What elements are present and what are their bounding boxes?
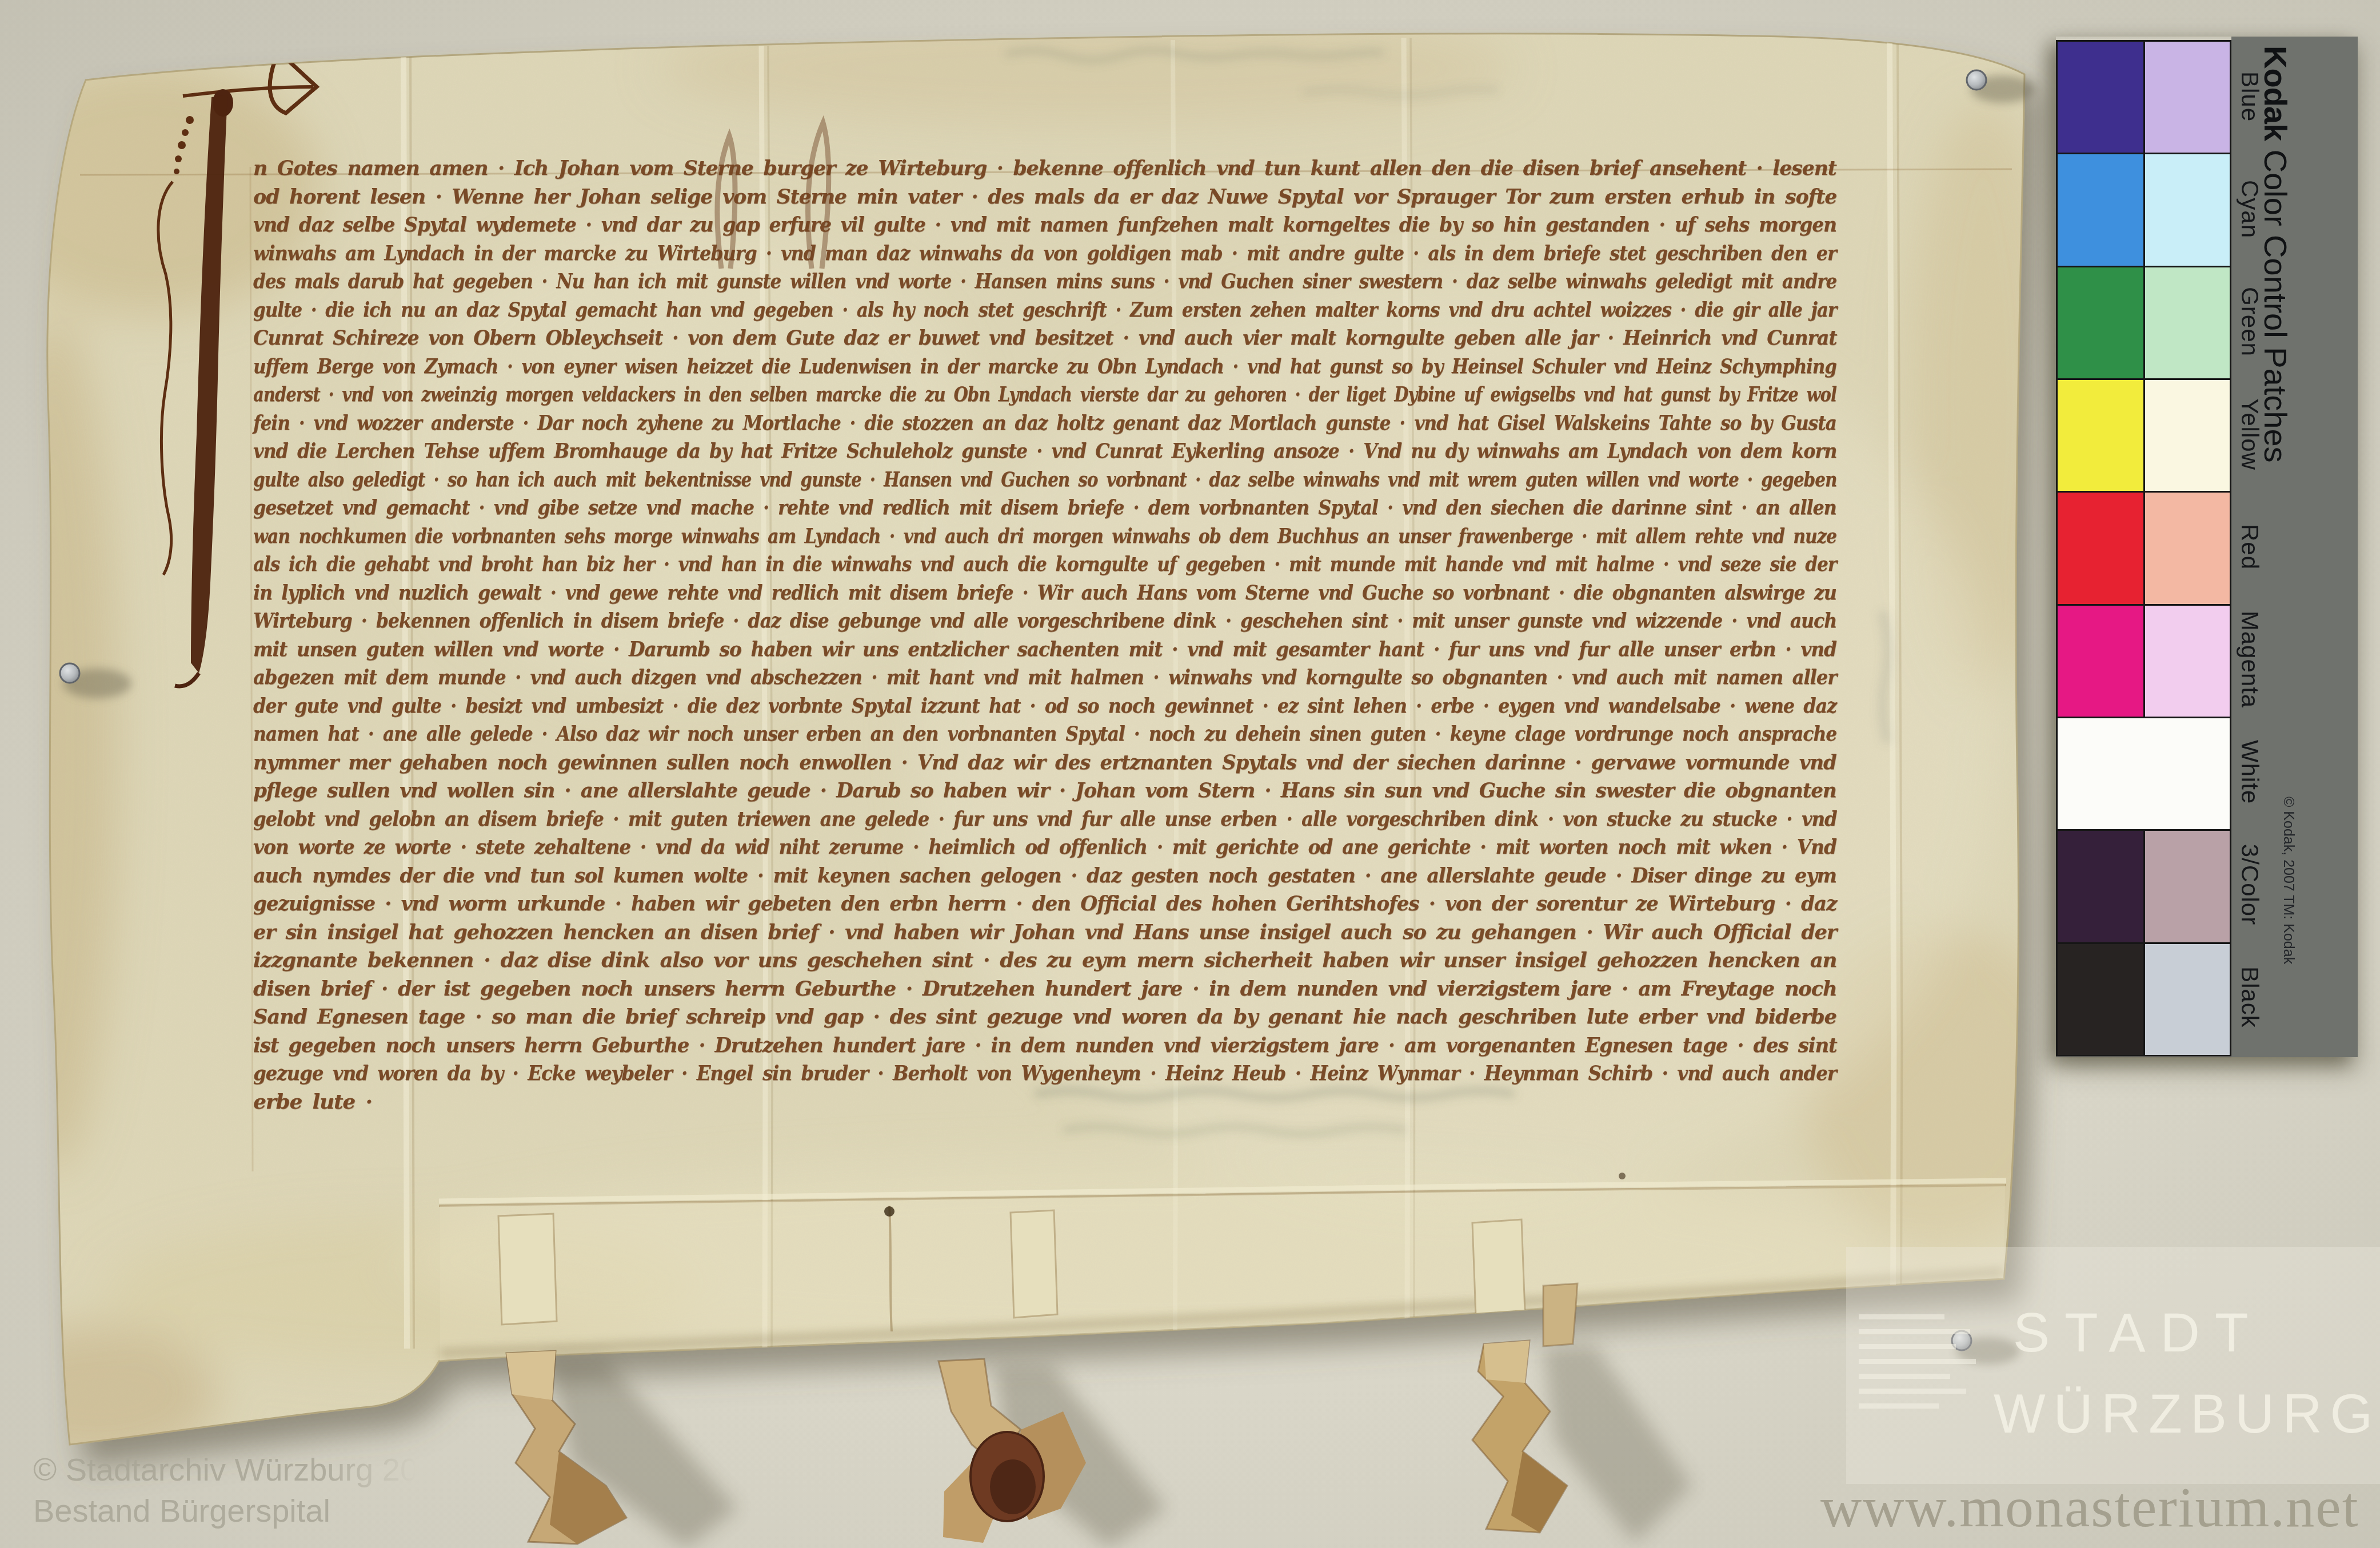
manuscript-line: gelobt vnd gelobn an disem briefe · mit … [253,805,1836,834]
manuscript-line: erbe lute · [253,1088,1836,1117]
color-patch-tint [2145,606,2230,717]
manuscript-line: in lyplich vnd nuzlich gewalt · vnd gewe… [253,579,1836,607]
city-watermark-line2: WÜRZBURG [1994,1383,2380,1446]
manuscript-line: vnd daz selbe Spytal wydemete · vnd dar … [253,211,1836,239]
color-patch-tint [2145,380,2230,491]
manuscript-line: fein · vnd wozzer anderste · Dar noch zy… [253,409,1836,438]
kodak-label-strip: Blue Cyan Green Yellow Red Magenta White… [2231,37,2358,1057]
archive-collection-line: Bestand Bürgerspital [33,1490,418,1531]
manuscript-line: Cunrat Schireze von Obern Obleychseit · … [253,324,1836,353]
manuscript-line: gesetzet vnd gemacht · vnd gibe setze vn… [253,494,1836,522]
manuscript-line: ist gegeben noch unsers herrn Geburthe ·… [253,1031,1836,1060]
archive-copyright-watermark: © Stadtarchiv Würzburg 20 Bestand Bürger… [33,1449,418,1531]
color-patch-tint [2145,944,2230,1055]
color-patch-row [2058,42,2230,154]
manuscript-line: auch nymdes der die vnd tun sol kumen wo… [253,862,1836,890]
manuscript-line: er sin insigel hat gehozzen hencken an d… [253,918,1836,947]
stadt-wuerzburg-logo-icon [1859,1314,1990,1446]
manuscript-line: namen hat · ane alle gelede · Also daz w… [253,720,1836,749]
color-patch-row [2058,831,2230,943]
manuscript-line: von worte ze worte · stete zehaltene · v… [253,833,1836,862]
color-patch-row [2058,718,2230,831]
manuscript-line: der gute vnd gulte · besizt vnd umbesizt… [253,692,1836,721]
manuscript-line: disen brief · der ist gegeben noch unser… [253,975,1836,1003]
color-patch-tint [2145,493,2230,603]
color-patch-row [2058,944,2230,1055]
seal-tail-middle [939,1359,1166,1548]
manuscript-line: nymmer mer gehaben noch gewinnen sullen … [253,749,1836,777]
manuscript-line: gulte · die ich nu an daz Spytal gemacht… [253,296,1836,325]
color-patch-saturated [2058,606,2145,717]
archive-copyright-line: © Stadtarchiv Würzburg 20 [33,1449,418,1490]
color-patch-saturated [2058,944,2145,1055]
manuscript-line: Sand Egnesen tage · so man die brief sch… [253,1003,1836,1031]
color-patch-row [2058,606,2230,718]
color-patch-tint [2145,718,2230,829]
manuscript-line: gezuge vnd woren da by · Ecke weybeler ·… [253,1059,1836,1088]
seal-tail-right [1472,1283,1692,1543]
color-patch-saturated [2058,267,2145,378]
manuscript-line: anderst · vnd von zweinzig morgen veldac… [253,381,1836,409]
manuscript-line: uffem Berge von Zymach · von eyner wisen… [253,353,1836,381]
kodak-color-control-strip: Blue Cyan Green Yellow Red Magenta White… [2056,37,2358,1057]
color-patch-block [2056,40,2231,1057]
color-patch-saturated [2058,154,2145,265]
color-patch-saturated [2058,42,2145,153]
color-patch-saturated [2058,718,2145,829]
manuscript-line: izzgnante bekennen · daz dise dink also … [253,946,1836,975]
manuscript-line: wan nochkumen die vorbnanten sehs morge … [253,522,1836,551]
seal-tail-left [506,1351,737,1548]
manuscript-line: od horent lesen · Wenne her Johan selige… [253,183,1836,211]
color-patch-tint [2145,154,2230,265]
manuscript-line: vnd die Lerchen Tehse uffem Bromhauge da… [253,437,1836,466]
color-patch-tint [2145,267,2230,378]
manuscript-line: abgezen mit dem munde · vnd auch dizgen … [253,663,1836,692]
manuscript-line: winwahs am Lyndach in der marcke zu Wirt… [253,239,1836,268]
color-patch-saturated [2058,380,2145,491]
kodak-title-rest: Color Control Patches [2258,141,2294,462]
color-patch-saturated [2058,831,2145,942]
manuscript-line: des mals darub hat gegeben · Nu han ich … [253,267,1836,296]
manuscript-line: als ich die gehabt vnd broht han biz her… [253,550,1836,579]
manuscript-line: gulte also geledigt · so han ich auch mi… [253,466,1836,494]
manuscript-text-block: n Gotes namen amen · Ich Johan vom Stern… [253,154,1836,1116]
color-patch-row [2058,267,2230,380]
color-patch-row [2058,380,2230,493]
manuscript-line: Wirteburg · bekennen offenlich in disem … [253,607,1836,635]
manuscript-line: pflege sullen vnd wollen sin · ane aller… [253,777,1836,805]
manuscript-line: mit unsen guten willen vnd worte · Darum… [253,635,1836,664]
kodak-brand: Kodak [2258,46,2294,141]
color-patch-row [2058,154,2230,267]
color-patch-tint [2145,831,2230,942]
city-watermark-line1: STADT [2013,1302,2263,1365]
color-patch-tint [2145,42,2230,153]
color-patch-row [2058,493,2230,605]
stadt-wuerzburg-watermark: STADT WÜRZBURG [1846,1247,2380,1484]
monasterium-watermark: www.monasterium.net [1820,1474,2359,1540]
manuscript-line: n Gotes namen amen · Ich Johan vom Stern… [253,154,1836,183]
manuscript-line: gezuignisse · vnd worm urkunde · haben w… [253,890,1836,918]
color-patch-saturated [2058,493,2145,603]
archival-photo-page: { "document": { "initial": "I", "lines":… [0,0,2380,1548]
